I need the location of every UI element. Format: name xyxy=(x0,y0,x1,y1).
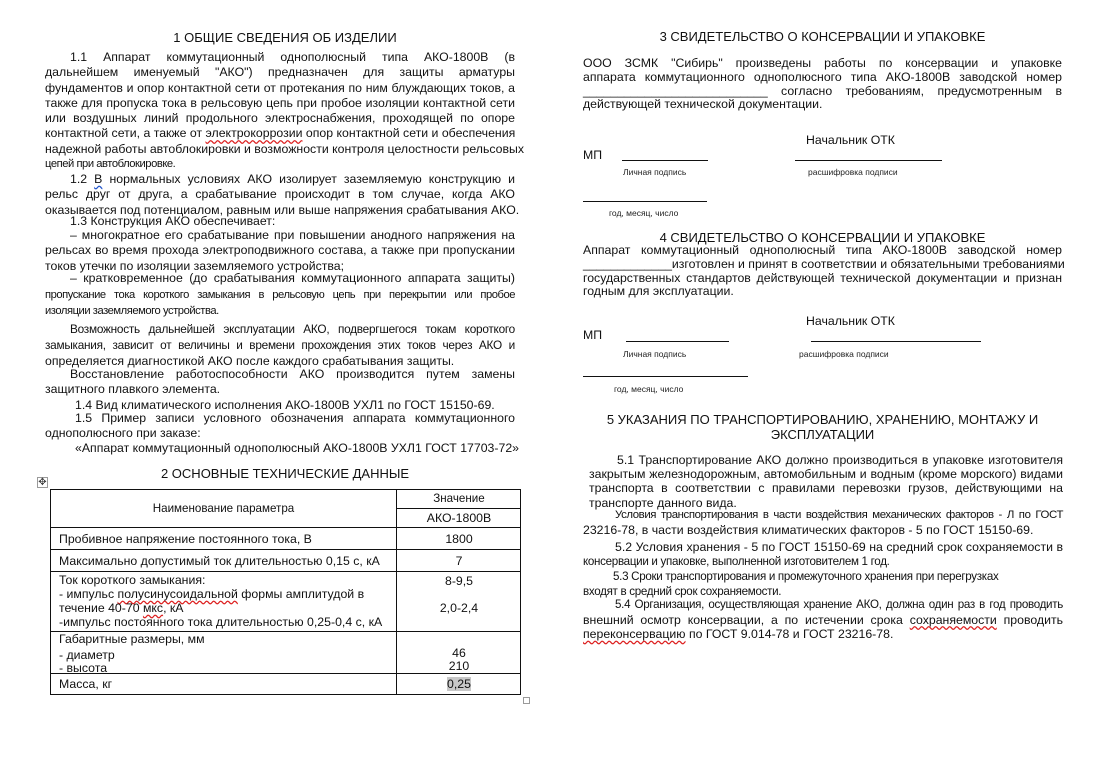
table-row-param: Ток короткого замыкания: - импульс полус… xyxy=(59,573,394,631)
spellcheck-word[interactable]: сохраняемости xyxy=(910,613,997,627)
section-1-title: 1 ОБЩИЕ СВЕДЕНИЯ ОБ ИЗДЕЛИИ xyxy=(40,30,530,45)
signature-caption: Личная подпись xyxy=(623,349,686,359)
bullet-1: – многократное его срабатывание при повы… xyxy=(45,228,515,274)
chief-otk-label: Начальник ОТК xyxy=(806,133,895,147)
signature-line xyxy=(626,341,729,342)
paragraph-5-4: 5.4 Организация, осуществляющая хранение… xyxy=(583,598,1063,642)
stamp-label: МП xyxy=(583,148,602,162)
paragraph-1-3: 1.3 Конструкция АКО обеспечивает: xyxy=(70,214,515,229)
table-move-icon[interactable]: ✥ xyxy=(37,477,48,488)
name-line xyxy=(811,341,981,342)
paragraph-restore: Восстановление работоспособности АКО про… xyxy=(45,367,515,398)
table-row-value: 8-9,5 xyxy=(397,574,521,588)
spellcheck-word[interactable]: мкс xyxy=(143,601,163,615)
paragraph-1-2: 1.2 В нормальных условиях АКО изолирует … xyxy=(45,172,515,218)
paragraph-possibility: Возможность дальнейшей эксплуатации АКО,… xyxy=(45,321,515,369)
section-3-text: ООО ЗСМК "Сибирь" произведены работы по … xyxy=(583,57,1062,112)
spellcheck-word[interactable]: полусинусоидальной xyxy=(118,587,238,601)
table-row-value: 0,25 xyxy=(397,675,521,693)
table-row-param: Масса, кг xyxy=(59,675,394,693)
bullet-2: – кратковременное (до срабатывания комму… xyxy=(45,270,515,320)
name-line xyxy=(795,160,942,161)
section-5-title: 5 УКАЗАНИЯ ПО ТРАНСПОРТИРОВАНИЮ, ХРАНЕНИ… xyxy=(575,412,1070,442)
table-row-value: 46 210 xyxy=(397,647,521,673)
table-row-param: Габаритные размеры, мм - диаметр - высот… xyxy=(59,632,394,672)
order-example: «Аппарат коммутационный однополюсный АКО… xyxy=(75,441,520,456)
table-row-value: 1800 xyxy=(397,529,521,549)
name-caption: расшифровка подписи xyxy=(808,167,898,177)
header-param: Наименование параметра xyxy=(51,490,396,527)
chief-otk-label: Начальник ОТК xyxy=(806,314,895,328)
date-line xyxy=(583,376,748,377)
table-row-value: 7 xyxy=(397,551,521,571)
selected-value[interactable]: 0,25 xyxy=(447,677,471,691)
paragraph-1-5: 1.5 Пример записи условного обозначения … xyxy=(45,411,515,442)
signature-caption: Личная подпись xyxy=(623,167,686,177)
paragraph-1-1: 1.1 Аппарат коммутационный однополюсный … xyxy=(45,50,515,172)
section-3-title: 3 СВИДЕТЕЛЬСТВО О КОНСЕРВАЦИИ И УПАКОВКЕ xyxy=(575,29,1070,44)
section-2-title: 2 ОСНОВНЫЕ ТЕХНИЧЕСКИЕ ДАННЫЕ xyxy=(40,466,530,481)
paragraph-transport-conditions: Условия транспортирования в части воздей… xyxy=(583,508,1063,537)
section-4-text: Аппарат коммутационный однополюсный типа… xyxy=(583,244,1062,299)
table-row-param: Пробивное напряжение постоянного тока, В xyxy=(59,529,394,549)
header-model: АКО-1800В xyxy=(397,509,521,527)
paragraph-5-2: 5.2 Условия хранения - 5 по ГОСТ 15150-6… xyxy=(583,540,1063,569)
paragraph-5-1: 5.1 Транспортирование АКО должно произво… xyxy=(589,453,1063,510)
table-resize-handle[interactable] xyxy=(523,697,530,704)
spellcheck-word[interactable]: электрокоррозии xyxy=(206,126,303,140)
paragraph-5-3: 5.3 Сроки транспортирования и промежуточ… xyxy=(583,569,1063,599)
date-caption: год, месяц, число xyxy=(609,208,678,218)
spellcheck-word[interactable]: переконсервацию xyxy=(583,627,686,641)
signature-line xyxy=(622,160,708,161)
table-row-value: 2,0-2,4 xyxy=(397,601,521,615)
table-row-param: Максимально допустимый ток длительностью… xyxy=(59,551,394,571)
tech-data-table: Наименование параметра Значение АКО-1800… xyxy=(50,489,521,695)
date-line xyxy=(583,201,707,202)
header-value: Значение xyxy=(397,490,521,508)
stamp-label: МП xyxy=(583,328,602,342)
name-caption: расшифровка подписи xyxy=(799,349,889,359)
date-caption: год, месяц, число xyxy=(614,384,683,394)
